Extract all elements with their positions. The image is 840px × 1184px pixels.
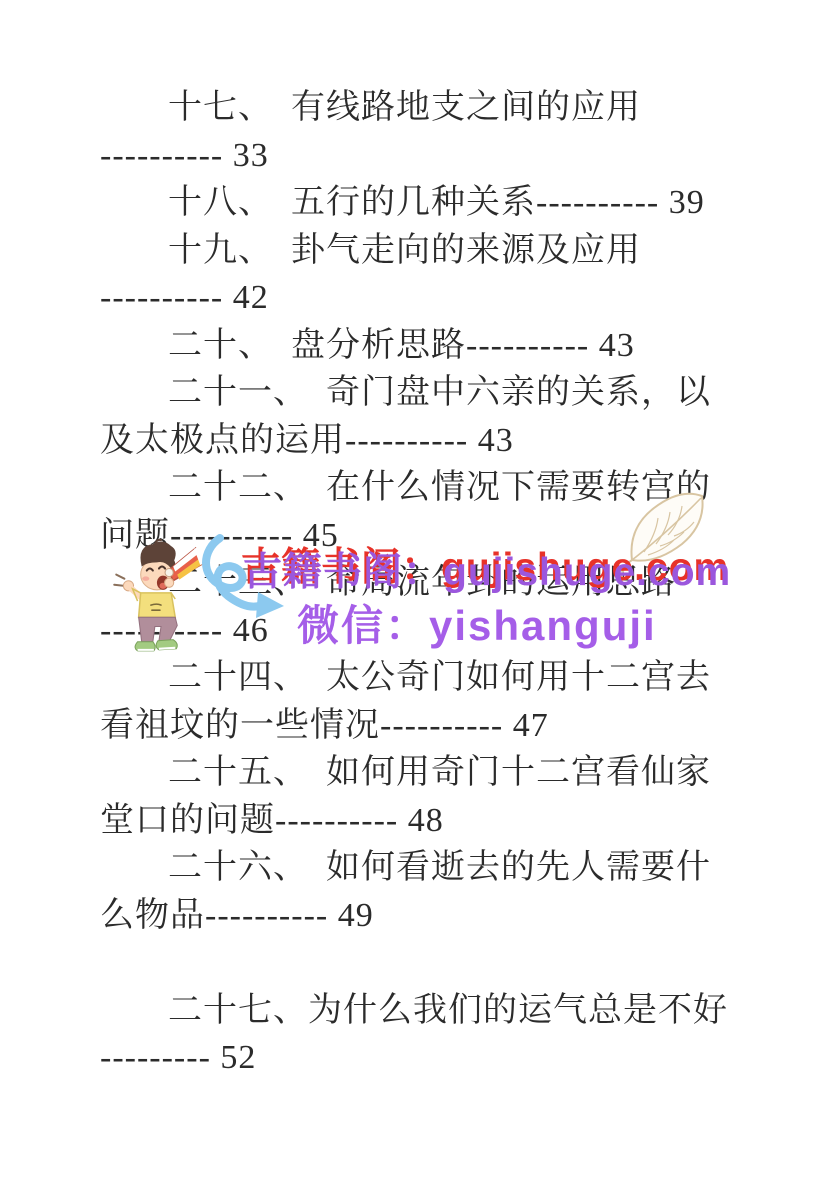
toc-line: --------- 52 xyxy=(100,1034,780,1082)
toc-line: 二十七、为什么我们的运气总是不好 xyxy=(100,987,780,1035)
toc-line: 十九、 卦气走向的来源及应用 xyxy=(100,227,780,275)
toc-line: 十七、 有线路地支之间的应用 xyxy=(100,84,780,132)
toc-line: 二十一、 奇门盘中六亲的关系，以 xyxy=(100,369,780,417)
toc-line: 二十六、 如何看逝去的先人需要什 xyxy=(100,844,780,892)
toc-line: ---------- 33 xyxy=(100,132,780,180)
toc-line: 二十二、 在什么情况下需要转宫的 xyxy=(100,464,780,512)
toc-line: 二十、 盘分析思路---------- 43 xyxy=(100,322,780,370)
watermark-site-text: 古籍书阁：gujishuge.com xyxy=(243,541,731,597)
toc-line: 么物品---------- 49 xyxy=(100,892,780,940)
toc-document-page: 十七、 有线路地支之间的应用---------- 33十八、 五行的几种关系--… xyxy=(0,0,840,1184)
toc-line: 二十五、 如何用奇门十二宫看仙家 xyxy=(100,749,780,797)
toc-line: 及太极点的运用---------- 43 xyxy=(100,417,780,465)
toc-line: ---------- 42 xyxy=(100,274,780,322)
toc-line: 十八、 五行的几种关系---------- 39 xyxy=(100,179,780,227)
toc-line xyxy=(100,939,780,987)
toc-line: 二十四、 太公奇门如何用十二宫去 xyxy=(100,654,780,702)
toc-line: 堂口的问题---------- 48 xyxy=(100,797,780,845)
toc-line: 看祖坟的一些情况---------- 47 xyxy=(100,702,780,750)
watermark-wechat-text: 微信：yishanguji xyxy=(297,593,657,653)
